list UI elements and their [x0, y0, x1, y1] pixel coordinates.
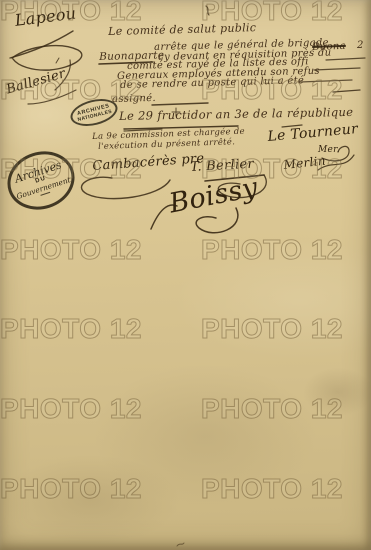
stamp-archives-du-gouvernement: Archives DU Gouvernement — [0, 143, 82, 218]
flourish-lapeou-descender — [10, 31, 73, 58]
ete-underline — [333, 90, 360, 92]
line4-filler-dash — [314, 68, 360, 70]
decree-line-2-tail: 2 — [357, 41, 364, 51]
decree-line-7: assigné. — [112, 94, 156, 105]
flourish-ballesier-tick — [56, 58, 59, 63]
signature-merlin: Merlin — [283, 155, 326, 171]
photo12-watermark: PHOTO 12 — [201, 395, 343, 423]
signature-letourneur: Le Tourneur — [267, 122, 359, 144]
decree-line-6: de se rendre au poste qui lui a été — [120, 76, 304, 91]
bottom-edge-nick — [177, 543, 184, 546]
margin-signature-lower: Ballesier — [5, 67, 67, 96]
photo12-watermark: PHOTO 12 — [0, 475, 142, 503]
date-line: Le 29 fructidor an 3e de la république — [119, 107, 353, 123]
manuscript-document-photo: PHOTO 12 PHOTO 12 PHOTO 12 PHOTO 12 PHOT… — [0, 0, 371, 550]
signature-cambaceres: Cambacérès pre — [92, 152, 205, 173]
corner-pen-mark — [206, 6, 209, 15]
assigne-underline — [152, 103, 208, 105]
photo12-watermark: PHOTO 12 — [0, 315, 142, 343]
photo12-watermark: PHOTO 12 — [201, 236, 343, 264]
photo12-watermark: PHOTO 12 — [0, 236, 142, 264]
line5-underline — [300, 80, 352, 82]
line3-filler-dash — [326, 58, 365, 60]
flourish-ballesier-sweep — [28, 90, 76, 104]
cambaceres-flourish — [81, 177, 170, 198]
photo12-watermark: PHOTO 12 — [0, 395, 142, 423]
signature-boissy: Boissy — [167, 174, 260, 218]
margin-signature-top: Lapeou — [14, 5, 77, 28]
photo12-watermark: PHOTO 12 — [201, 315, 343, 343]
photo12-watermark: PHOTO 12 — [201, 475, 343, 503]
flourish-lapeou-loop — [12, 46, 82, 71]
decree-line-1: Le comité de salut public — [108, 22, 256, 37]
signature-berlier: T. Berlier — [190, 158, 254, 174]
